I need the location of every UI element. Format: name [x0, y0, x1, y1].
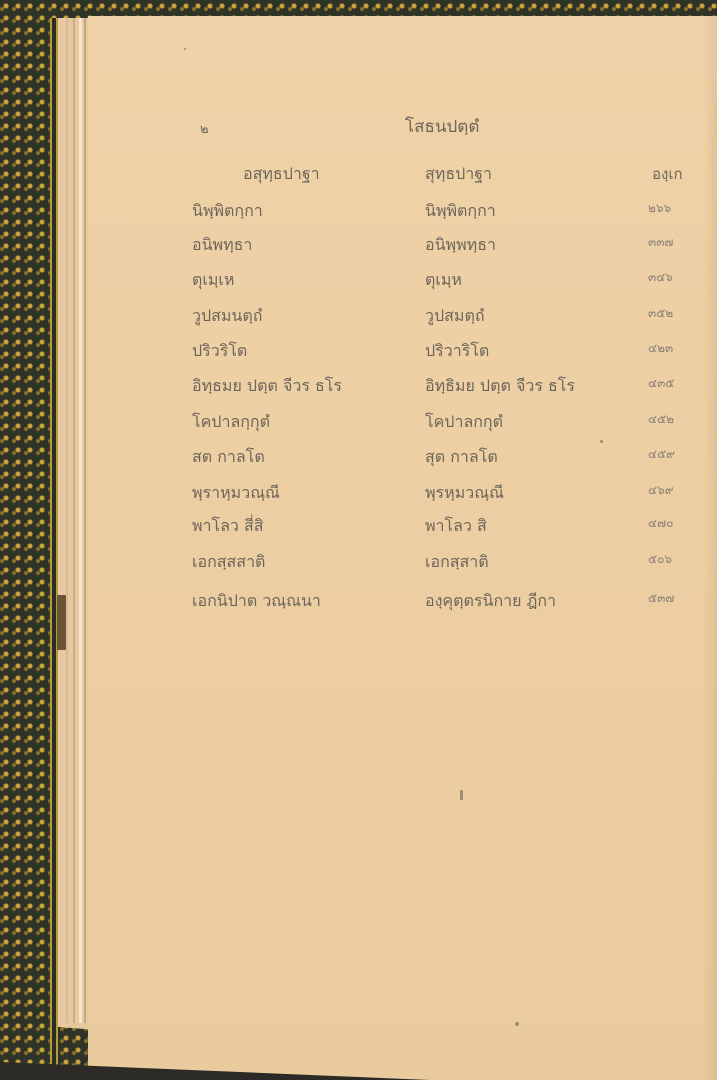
page-ref: ๔๒๓	[648, 339, 673, 358]
correct-reading: ตุเมฺห	[425, 268, 462, 293]
header-page: องฺเก	[652, 162, 683, 186]
correct-reading: อนิพฺพทฺธา	[425, 233, 496, 258]
table-row: อิทฺธมย ปตฺต จีวร ธโร อิทฺธิมย ปตฺต จีวร…	[0, 374, 717, 408]
table-row: พฺราหฺมวณฺณี พฺรหฺมวณฺณี ๔๖๙	[0, 481, 717, 515]
table-row: เอกนิปาต วณฺณนา องฺคุตฺตรนิกาย ฎีกา ๕๓๗	[0, 589, 717, 623]
page-ref: ๒๖๖	[648, 199, 671, 218]
page-ref: ๓๓๗	[648, 233, 673, 252]
incorrect-reading: อิทฺธมย ปตฺต จีวร ธโร	[192, 374, 342, 399]
incorrect-reading: ปริวริโต	[192, 339, 247, 364]
page-ref: ๕๐๖	[648, 550, 672, 569]
paper-speck	[600, 440, 603, 443]
header-incorrect: อสุทฺธปาฐา	[243, 162, 320, 187]
incorrect-reading: นิพฺพิตกฺกา	[192, 199, 263, 224]
page-ref: ๔๗๐	[648, 514, 673, 533]
correct-reading: สุต กาลโต	[425, 445, 498, 470]
paper-speck	[184, 48, 186, 50]
paper-speck	[515, 1022, 519, 1026]
incorrect-reading: พฺราหฺมวณฺณี	[192, 481, 280, 506]
correct-reading: วูปสมตฺถํ	[425, 304, 485, 329]
page-ref: ๔๕๒	[648, 410, 674, 429]
incorrect-reading: เอกนิปาต วณฺณนา	[192, 589, 321, 614]
table-row: พาโลว สี่สิ พาโลว สิ ๔๗๐	[0, 514, 717, 548]
incorrect-reading: โคปาลกฺกุตํ	[192, 410, 270, 435]
page-number: ๒	[200, 118, 209, 139]
correct-reading: องฺคุตฺตรนิกาย ฎีกา	[425, 589, 556, 614]
correct-reading: นิพฺพิตกฺกา	[425, 199, 496, 224]
table-row: เอกสฺสสาติ เอกสฺสาติ ๕๐๖	[0, 550, 717, 584]
incorrect-reading: วูปสมนตฺถํ	[192, 304, 262, 329]
incorrect-reading: เอกสฺสสาติ	[192, 550, 265, 575]
page-ref: ๔๖๙	[648, 481, 674, 500]
table-row: สต กาลโต สุต กาลโต ๔๕๙	[0, 445, 717, 479]
table-row: นิพฺพิตกฺกา นิพฺพิตกฺกา ๒๖๖	[0, 199, 717, 233]
page-ref: ๓๕๒	[648, 304, 673, 323]
table-row: ปริวริโต ปริวาริโต ๔๒๓	[0, 339, 717, 373]
correct-reading: อิทฺธิมย ปตฺต จีวร ธโร	[425, 374, 575, 399]
correct-reading: ปริวาริโต	[425, 339, 489, 364]
page-ref: ๓๔๖	[648, 268, 673, 287]
correct-reading: พฺรหฺมวณฺณี	[425, 481, 504, 506]
correct-reading: เอกสฺสาติ	[425, 550, 489, 575]
correct-reading: โคปาลกกุตํ	[425, 410, 503, 435]
header-correct: สุทฺธปาฐา	[425, 162, 492, 187]
page-ref: ๔๓๕	[648, 374, 674, 393]
correct-reading: พาโลว สิ	[425, 514, 487, 539]
running-title: โสธนปตฺตํ	[405, 113, 479, 140]
table-row: โคปาลกฺกุตํ โคปาลกกุตํ ๔๕๒	[0, 410, 717, 444]
table-header: อสุทฺธปาฐา สุทฺธปาฐา องฺเก	[0, 162, 717, 196]
table-row: ตุเมฺเห ตุเมฺห ๓๔๖	[0, 268, 717, 302]
paper-speck	[460, 790, 463, 800]
incorrect-reading: อนิพทฺธา	[192, 233, 252, 258]
page-ref: ๔๕๙	[648, 445, 675, 464]
incorrect-reading: สต กาลโต	[192, 445, 265, 470]
table-row: อนิพทฺธา อนิพฺพทฺธา ๓๓๗	[0, 233, 717, 267]
page-ref: ๕๓๗	[648, 589, 674, 608]
incorrect-reading: ตุเมฺเห	[192, 268, 234, 293]
incorrect-reading: พาโลว สี่สิ	[192, 514, 264, 539]
table-row: วูปสมนตฺถํ วูปสมตฺถํ ๓๕๒	[0, 304, 717, 338]
